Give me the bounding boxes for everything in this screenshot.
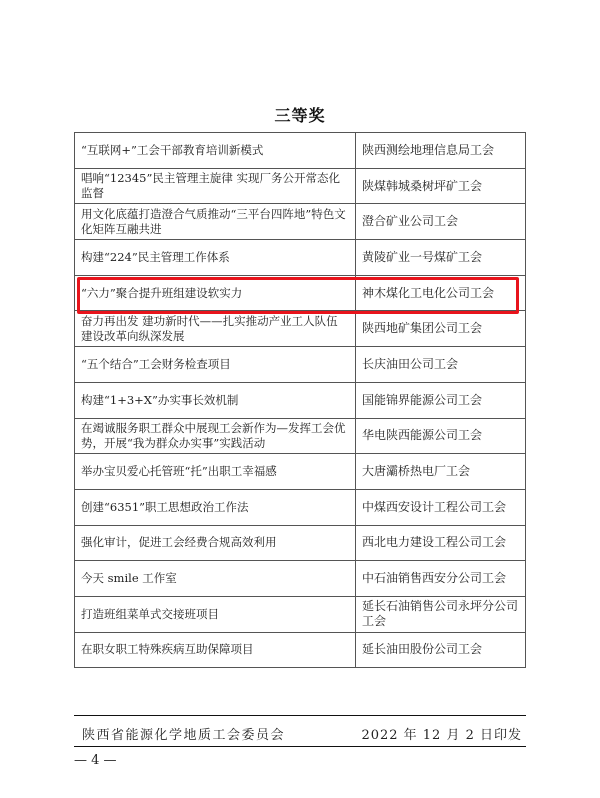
project-name: 构建“1+3+X”办实事长效机制 bbox=[75, 382, 356, 418]
project-name: “互联网+”工会干部教育培训新模式 bbox=[75, 133, 356, 169]
table-row: 唱响“12345”民主管理主旋律 实现厂务公开常态化监督 陕煤韩城桑树坪矿工会 bbox=[75, 168, 526, 204]
unit-name: 延长石油销售公司永坪分公司工会 bbox=[356, 596, 526, 632]
project-name: 举办宝贝爱心托管班“托”出职工幸福感 bbox=[75, 454, 356, 490]
unit-name: 华电陕西能源公司工会 bbox=[356, 418, 526, 454]
unit-name: 长庆油田公司工会 bbox=[356, 347, 526, 383]
project-name: 唱响“12345”民主管理主旋律 实现厂务公开常态化监督 bbox=[75, 168, 356, 204]
project-name: 构建“224”民主管理工作体系 bbox=[75, 240, 356, 276]
table-row: 奋力再出发 建功新时代——扎实推动产业工人队伍建设改革向纵深发展 陕西地矿集团公… bbox=[75, 311, 526, 347]
unit-name: 大唐灞桥热电厂工会 bbox=[356, 454, 526, 490]
table-row: 构建“224”民主管理工作体系 黄陵矿业一号煤矿工会 bbox=[75, 240, 526, 276]
unit-name: 中煤西安设计工程公司工会 bbox=[356, 489, 526, 525]
project-name: “六力”聚合提升班组建设软实力 bbox=[75, 275, 356, 311]
unit-name: 西北电力建设工程公司工会 bbox=[356, 525, 526, 561]
project-name: 打造班组菜单式交接班项目 bbox=[75, 596, 356, 632]
unit-name: 延长油田股份公司工会 bbox=[356, 632, 526, 668]
project-name: 奋力再出发 建功新时代——扎实推动产业工人队伍建设改革向纵深发展 bbox=[75, 311, 356, 347]
table-row: 在竭诚服务职工群众中展现工会新作为—发挥工会优势，开展“我为群众办实事”实践活动… bbox=[75, 418, 526, 454]
footer-divider-top bbox=[74, 715, 526, 716]
unit-name: 国能锦界能源公司工会 bbox=[356, 382, 526, 418]
table-row: 打造班组菜单式交接班项目 延长石油销售公司永坪分公司工会 bbox=[75, 596, 526, 632]
project-name: 在职女职工特殊疾病互助保障项目 bbox=[75, 632, 356, 668]
project-name: 用文化底蕴打造澄合气质推动“三平台四阵地”特色文化矩阵互融共进 bbox=[75, 204, 356, 240]
project-name: 创建“6351”职工思想政治工作法 bbox=[75, 489, 356, 525]
unit-name: 黄陵矿业一号煤矿工会 bbox=[356, 240, 526, 276]
section-title: 三等奖 bbox=[0, 103, 600, 126]
unit-name: 澄合矿业公司工会 bbox=[356, 204, 526, 240]
awards-table: “互联网+”工会干部教育培训新模式 陕西测绘地理信息局工会 唱响“12345”民… bbox=[74, 132, 526, 668]
unit-name: 陕煤韩城桑树坪矿工会 bbox=[356, 168, 526, 204]
table-row: 强化审计，促进工会经费合规高效利用 西北电力建设工程公司工会 bbox=[75, 525, 526, 561]
table-row: 创建“6351”职工思想政治工作法 中煤西安设计工程公司工会 bbox=[75, 489, 526, 525]
footer-organization: 陕西省能源化学地质工会委员会 bbox=[82, 724, 285, 743]
footer-issue-date: 2022 年 12 月 2 日印发 bbox=[361, 724, 522, 743]
table-row: 在职女职工特殊疾病互助保障项目 延长油田股份公司工会 bbox=[75, 632, 526, 668]
unit-name: 神木煤化工电化公司工会 bbox=[356, 275, 526, 311]
table-row: 构建“1+3+X”办实事长效机制 国能锦界能源公司工会 bbox=[75, 382, 526, 418]
project-name: 今天 smile 工作室 bbox=[75, 561, 356, 597]
project-name: 在竭诚服务职工群众中展现工会新作为—发挥工会优势，开展“我为群众办实事”实践活动 bbox=[75, 418, 356, 454]
page-number: — 4 — bbox=[74, 753, 117, 768]
project-name: 强化审计，促进工会经费合规高效利用 bbox=[75, 525, 356, 561]
table-row: “互联网+”工会干部教育培训新模式 陕西测绘地理信息局工会 bbox=[75, 133, 526, 169]
table-row-highlighted: “六力”聚合提升班组建设软实力 神木煤化工电化公司工会 bbox=[75, 275, 526, 311]
table-row: 今天 smile 工作室 中石油销售西安分公司工会 bbox=[75, 561, 526, 597]
unit-name: 陕西地矿集团公司工会 bbox=[356, 311, 526, 347]
table-row: 用文化底蕴打造澄合气质推动“三平台四阵地”特色文化矩阵互融共进 澄合矿业公司工会 bbox=[75, 204, 526, 240]
table-row: 举办宝贝爱心托管班“托”出职工幸福感 大唐灞桥热电厂工会 bbox=[75, 454, 526, 490]
table-row: “五个结合”工会财务检查项目 长庆油田公司工会 bbox=[75, 347, 526, 383]
unit-name: 中石油销售西安分公司工会 bbox=[356, 561, 526, 597]
unit-name: 陕西测绘地理信息局工会 bbox=[356, 133, 526, 169]
footer-divider-bottom bbox=[74, 746, 526, 747]
project-name: “五个结合”工会财务检查项目 bbox=[75, 347, 356, 383]
